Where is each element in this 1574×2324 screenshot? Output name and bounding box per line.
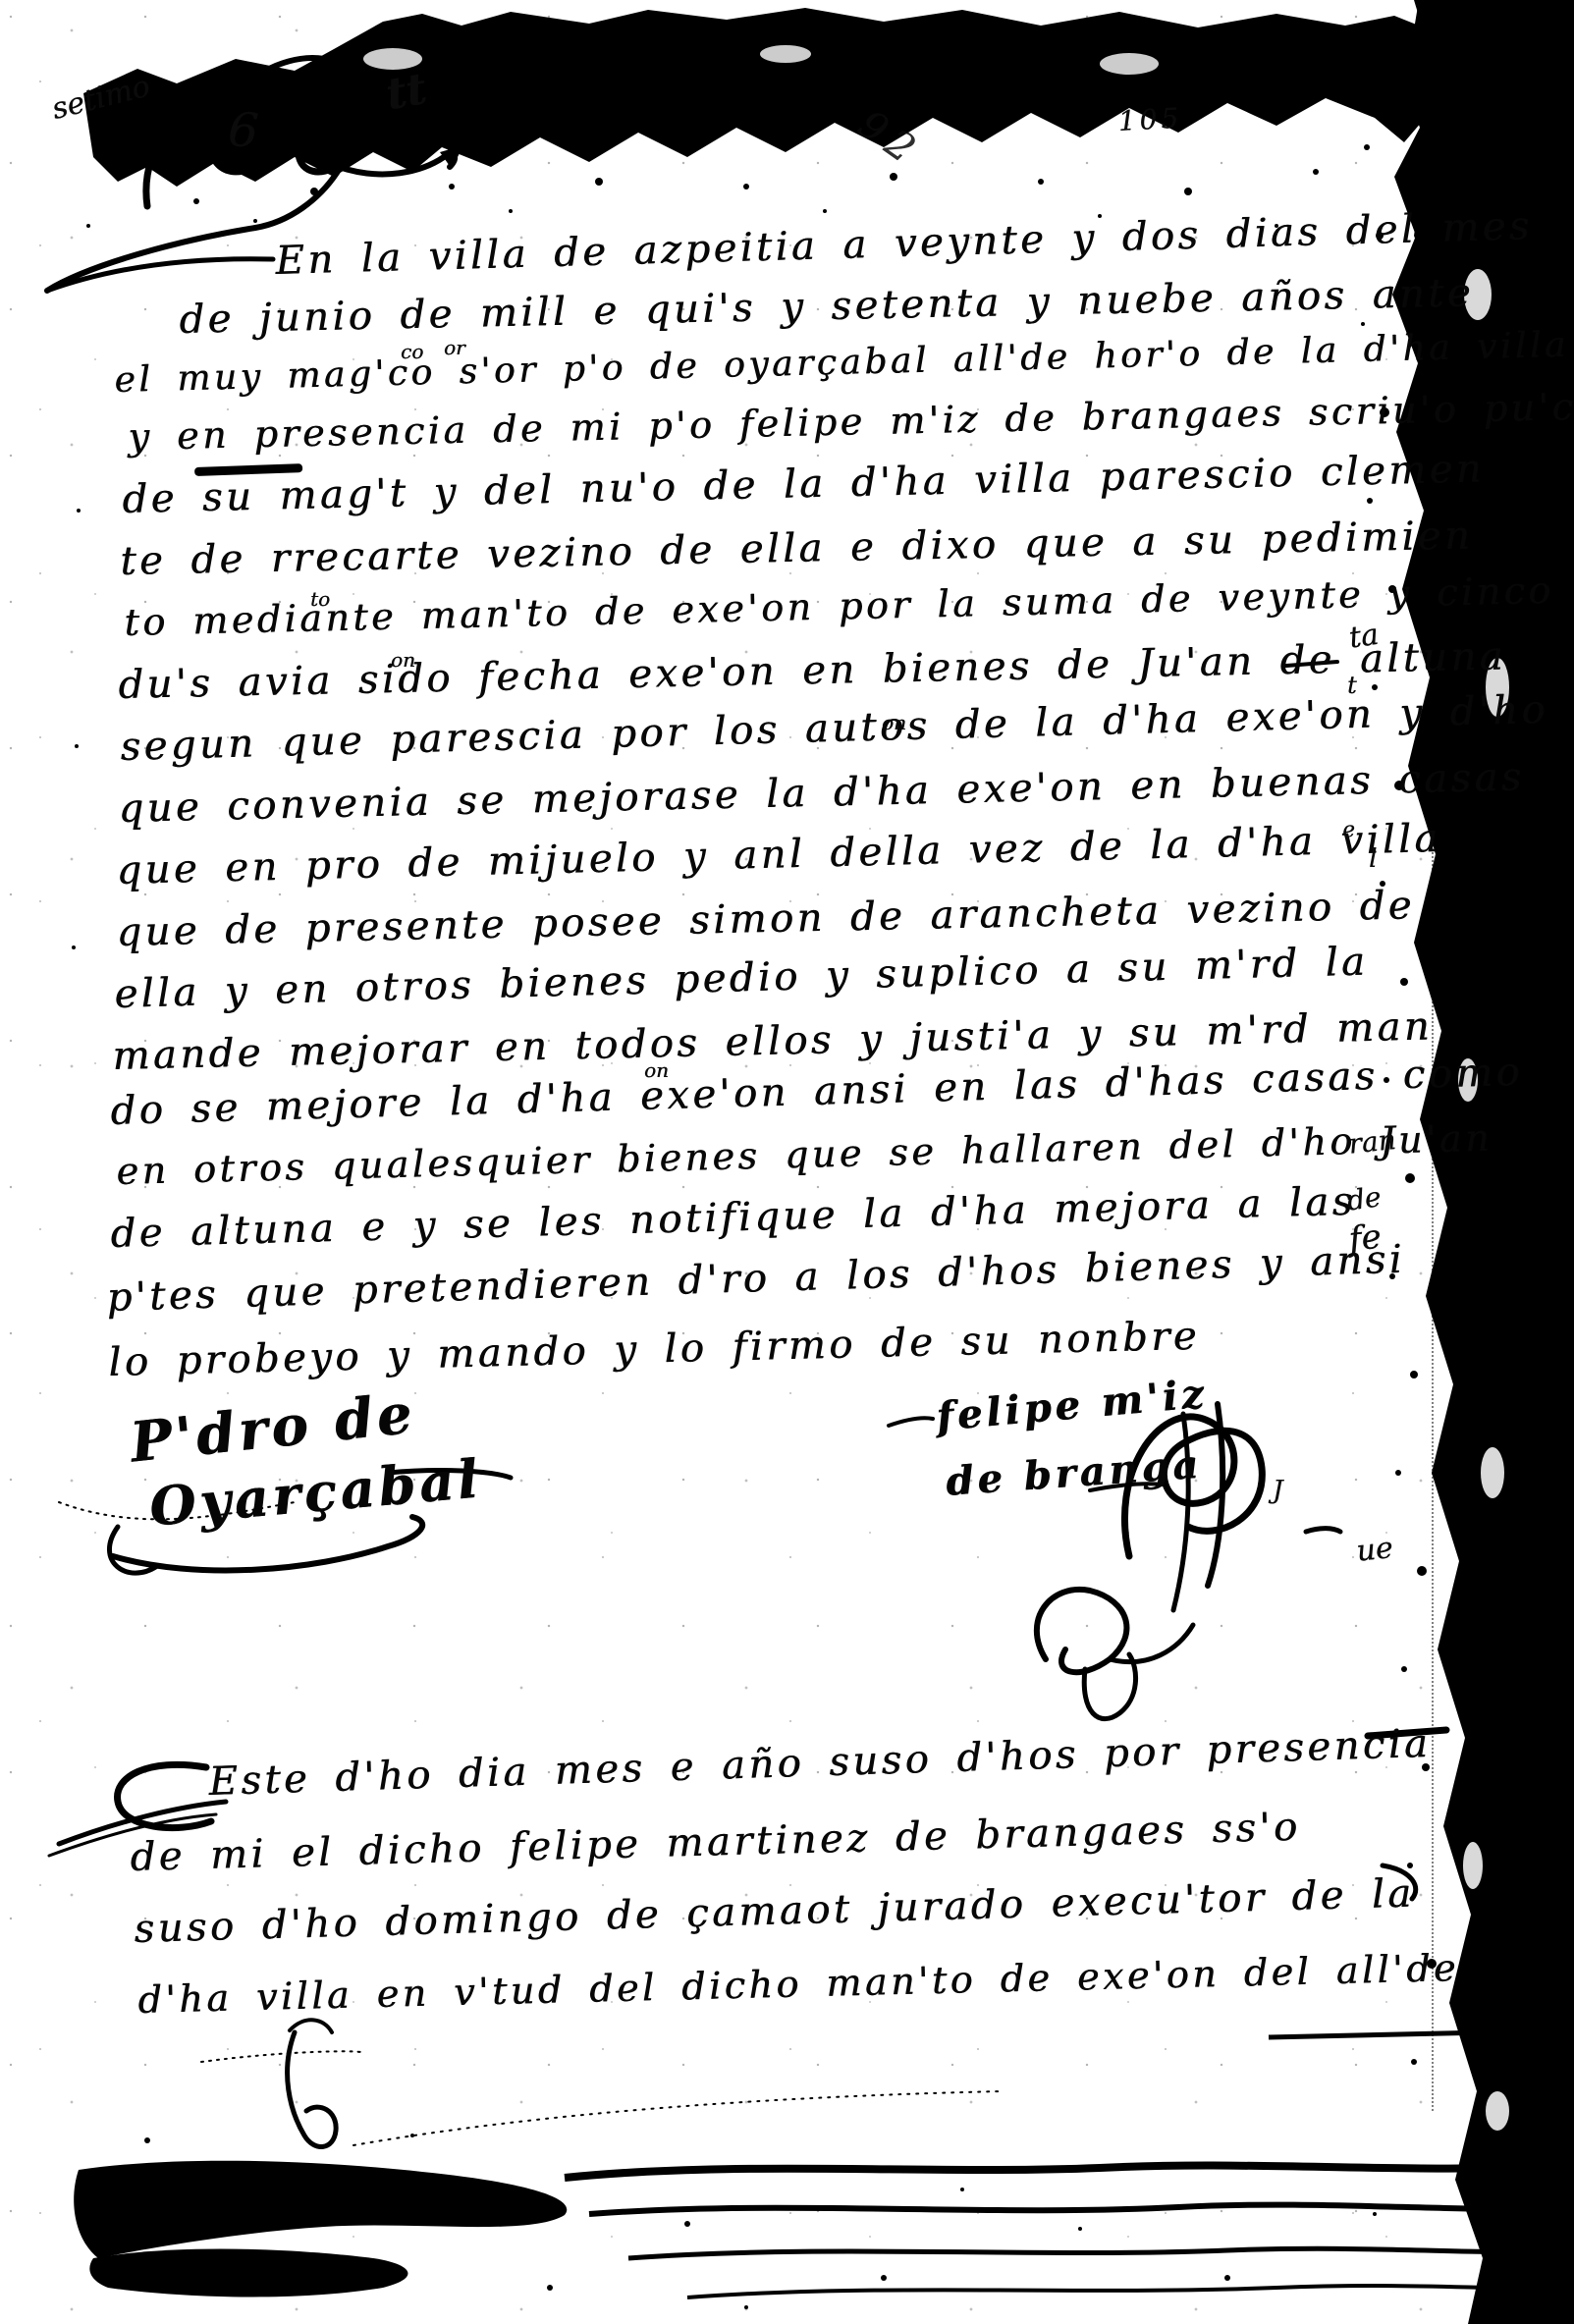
second-entry-line: de mi el dicho felipe martinez de branga…	[130, 1808, 1301, 1877]
superscript-abbrev: on	[391, 650, 415, 670]
superscript-abbrev: co	[401, 342, 423, 361]
trailing-paraph	[201, 2020, 1002, 2146]
text-line: en otros qualesquier bienes que se halla…	[116, 1119, 1493, 1190]
folio-number-right: 105	[1117, 105, 1183, 135]
bleedthrough-fragment: ue	[1355, 1534, 1394, 1567]
bleedthrough-fragment: ran	[1347, 1126, 1397, 1159]
superscript-abbrev: to	[310, 589, 330, 609]
text-line: te de rrecarte vezino de ella e dixo que…	[120, 516, 1474, 581]
second-entry-line: suso d'ho domingo de çamaot jurado execu…	[134, 1874, 1415, 1949]
superscript-abbrev: on	[882, 713, 906, 732]
manuscript-page: En la villa de azpeitia a veynte y dos d…	[0, 0, 1574, 2324]
signature-right-name-2: de branga	[945, 1445, 1203, 1502]
bleedthrough-fragment: e	[1341, 820, 1356, 842]
text-line: En la villa de azpeitia a veynte y dos d…	[275, 206, 1533, 281]
text-line: de junio de mill e qui's y setenta y nue…	[179, 273, 1474, 340]
second-entry-line: Este d'ho dia mes e año suso d'hos por p…	[208, 1724, 1432, 1802]
bottom-edge-damage	[74, 2030, 1571, 2297]
text-line: que en pro de mijuelo y anl della vez de…	[116, 819, 1441, 891]
bleedthrough-fragment: t	[1347, 674, 1357, 697]
text-line: que convenia se mejorase la d'ha exe'on …	[118, 757, 1525, 828]
bleedthrough-fragment: l	[1369, 846, 1377, 872]
text-line: y en presencia de mi p'o felipe m'iz de …	[128, 388, 1574, 456]
text-line: to mediante man'to de exe'on por la suma…	[124, 571, 1554, 641]
superscript-abbrev: or	[444, 338, 465, 357]
bleedthrough-fragment: de	[1345, 1183, 1383, 1216]
bleedthrough-fragment: J	[1273, 1478, 1282, 1503]
bleedthrough-fragment: ta	[1347, 621, 1381, 654]
top-edge-damage	[83, 8, 1566, 187]
margin-note: setimo	[49, 72, 153, 125]
second-entry-line: d'ha villa en v'tud del dicho man'to de …	[137, 1949, 1459, 2019]
bleedthrough-fragment: fe	[1347, 1220, 1383, 1257]
folio-number-left: 92	[851, 104, 928, 174]
signature-right-name-1: felipe m'iz	[935, 1375, 1209, 1437]
text-line: lo probeyo y mando y lo firmo de su nonb…	[108, 1317, 1200, 1382]
text-line: de su mag't y del nu'o de la d'ha villa …	[122, 450, 1485, 519]
margin-numeral: 6	[227, 106, 260, 155]
tt-mark: tt	[383, 68, 430, 117]
text-line: ella y en otros bienes pedio y suplico a…	[114, 943, 1369, 1014]
superscript-abbrev: on	[644, 1060, 669, 1080]
